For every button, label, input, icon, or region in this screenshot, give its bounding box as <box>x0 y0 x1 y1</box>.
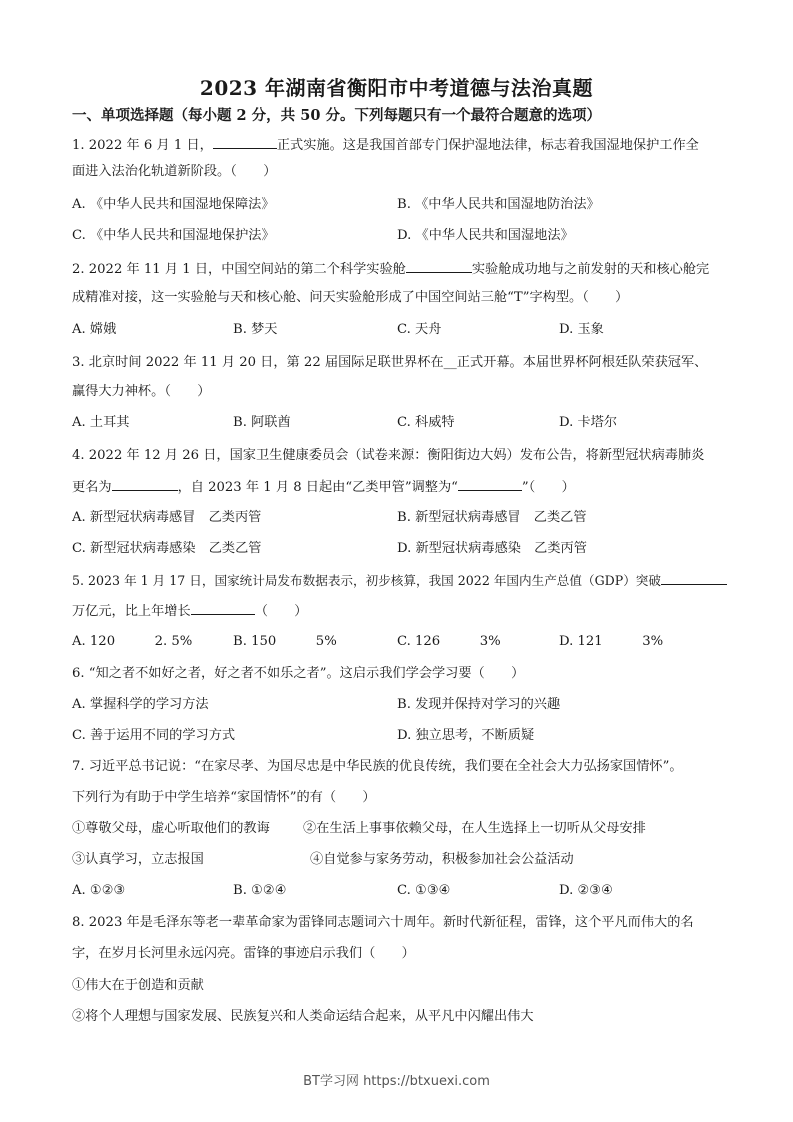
statement-2: ②将个人理想与国家发展、民族复兴和人类命运结合起来，从平凡中闪耀出伟大 <box>72 1007 534 1027</box>
watermark-footer: BT学习网 https://btxuexi.com <box>0 1070 793 1089</box>
question-text: 更名为 <box>72 480 112 495</box>
option-c: C. ①③④ <box>397 881 450 901</box>
question-7-line-2: 下列行为有助于中学生培养“家国情怀”的有（ ） <box>72 788 376 808</box>
option-b: B. 《中华人民共和国湿地防治法》 <box>397 195 600 215</box>
option-c: C. 科威特 <box>397 413 455 433</box>
statement-4: ④自觉参与家务劳动，积极参加社会公益活动 <box>310 850 574 870</box>
question-2-line-2: 成精准对接，这一实验舱与天和核心舱、问天实验舱形成了中国空间站三舱“T”字构型。… <box>72 288 628 308</box>
statement-1: ①尊敬父母，虚心听取他们的教诲 <box>72 819 270 839</box>
page-title: 2023 年湖南省衡阳市中考道德与法治真题 <box>0 72 793 101</box>
option-a: A. 120 2. 5% <box>72 632 192 652</box>
question-text: ，自 2023 年 1 月 8 日起由“乙类甲管”调整为“ <box>178 480 458 495</box>
question-1-line-2: 面进入法治化轨道新阶段。（ ） <box>72 162 276 182</box>
answer-blank <box>661 570 727 585</box>
question-3-line-2: 赢得大力神杯。（ ） <box>72 382 210 402</box>
section-heading: 一、单项选择题（每小题 2 分，共 50 分。下列每题只有一个最符合题意的选项） <box>72 104 601 125</box>
question-text: 实验舱成功地与之前发射的天和核心舱完 <box>472 262 709 277</box>
question-6-line-1: 6. “知之者不如好之者，好之者不如乐之者”。这启示我们学会学习要（ ） <box>72 664 524 684</box>
answer-blank <box>213 134 277 149</box>
option-c: C. 126 3% <box>397 632 501 652</box>
option-d: D. 卡塔尔 <box>559 413 617 433</box>
question-text: ”（ ） <box>522 480 575 495</box>
option-b: B. ①②④ <box>233 881 287 901</box>
option-a: A. 掌握科学的学习方法 <box>72 695 209 715</box>
question-text: 5. 2023 年 1 月 17 日，国家统计局发布数据表示，初步核算，我国 2… <box>72 573 661 588</box>
question-8-line-1: 8. 2023 年是毛泽东等老一辈革命家为雷锋同志题词六十周年。新时代新征程，雷… <box>72 913 694 933</box>
option-d: D. ②③④ <box>559 881 613 901</box>
question-5-line-2: 万亿元，比上年增长（ ） <box>72 600 307 622</box>
answer-blank <box>406 258 472 273</box>
statement-2: ②在生活上事事依赖父母，在人生选择上一切听从父母安排 <box>303 819 646 839</box>
option-d: D. 121 3% <box>559 632 663 652</box>
option-d: D. 新型冠状病毒感染 乙类丙管 <box>397 539 587 559</box>
option-d: D. 《中华人民共和国湿地法》 <box>397 226 574 246</box>
question-8-line-2: 字，在岁月长河里永远闪亮。雷锋的事迹启示我们（ ） <box>72 944 415 964</box>
question-2-line-1: 2. 2022 年 11 月 1 日，中国空间站的第二个科学实验舱实验舱成功地与… <box>72 258 709 280</box>
statement-1: ①伟大在于创造和贡献 <box>72 976 204 996</box>
question-7-line-1: 7. 习近平总书记说：“在家尽孝、为国尽忠是中华民族的优良传统，我们要在全社会大… <box>72 757 683 777</box>
option-a: A. 《中华人民共和国湿地保障法》 <box>72 195 275 215</box>
question-3-line-1: 3. 北京时间 2022 年 11 月 20 日，第 22 届国际足联世界杯在_… <box>72 353 707 373</box>
option-c: C. 《中华人民共和国湿地保护法》 <box>72 226 275 246</box>
question-4-line-1: 4. 2022 年 12 月 26 日，国家卫生健康委员会（试卷来源：衡阳街边大… <box>72 446 704 466</box>
option-c: C. 新型冠状病毒感染 乙类乙管 <box>72 539 261 559</box>
option-d: D. 玉象 <box>559 320 604 340</box>
option-c: C. 善于运用不同的学习方式 <box>72 726 235 746</box>
question-text: 1. 2022 年 6 月 1 日， <box>72 138 213 153</box>
option-a: A. 嫦娥 <box>72 320 116 340</box>
option-b: B. 新型冠状病毒感冒 乙类乙管 <box>397 508 587 528</box>
option-b: B. 阿联酋 <box>233 413 291 433</box>
question-text: 2. 2022 年 11 月 1 日，中国空间站的第二个科学实验舱 <box>72 262 406 277</box>
answer-blank <box>112 476 178 491</box>
answer-blank <box>191 600 255 615</box>
option-b: B. 梦天 <box>233 320 277 340</box>
option-b: B. 150 5% <box>233 632 337 652</box>
option-b: B. 发现并保持对学习的兴趣 <box>397 695 560 715</box>
exam-page: 2023 年湖南省衡阳市中考道德与法治真题 一、单项选择题（每小题 2 分，共 … <box>0 0 793 1122</box>
statement-3: ③认真学习，立志报国 <box>72 850 204 870</box>
question-text: 万亿元，比上年增长 <box>72 604 191 619</box>
question-text: 正式实施。这是我国首部专门保护湿地法律，标志着我国湿地保护工作全 <box>277 138 699 153</box>
option-d: D. 独立思考，不断质疑 <box>397 726 534 746</box>
question-4-line-2: 更名为，自 2023 年 1 月 8 日起由“乙类甲管”调整为“”（ ） <box>72 476 575 498</box>
question-1-line-1: 1. 2022 年 6 月 1 日，正式实施。这是我国首部专门保护湿地法律，标志… <box>72 134 699 156</box>
option-a: A. 土耳其 <box>72 413 129 433</box>
option-c: C. 天舟 <box>397 320 441 340</box>
option-a: A. ①②③ <box>72 881 125 901</box>
question-5-line-1: 5. 2023 年 1 月 17 日，国家统计局发布数据表示，初步核算，我国 2… <box>72 570 727 591</box>
question-text: （ ） <box>255 604 308 619</box>
answer-blank <box>458 476 522 491</box>
option-a: A. 新型冠状病毒感冒 乙类丙管 <box>72 508 261 528</box>
